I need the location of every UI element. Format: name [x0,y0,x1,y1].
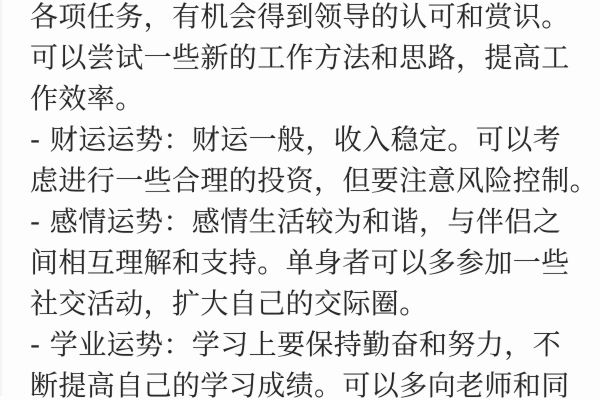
text-line: 作效率。 [30,78,584,119]
document-page: 各项任务，有机会得到领导的认可和赏识。 可以尝试一些新的工作方法和思路，提高工 … [0,0,600,396]
text-line: 间相互理解和支持。单身者可以多参加一些 [30,242,584,283]
text-line: - 学业运势：学习上要保持勤奋和努力，不 [30,324,584,365]
document-text: 各项任务，有机会得到领导的认可和赏识。 可以尝试一些新的工作方法和思路，提高工 … [0,0,600,400]
text-line: 可以尝试一些新的工作方法和思路，提高工 [30,37,584,78]
text-line: 各项任务，有机会得到领导的认可和赏识。 [30,0,584,37]
text-line: 社交活动，扩大自己的交际圈。 [30,283,584,324]
text-line: 虑进行一些合理的投资，但要注意风险控制。 [30,160,584,201]
text-line: 断提高自己的学习成绩。可以多向老师和同 [30,365,584,400]
text-line: - 财运运势：财运一般，收入稳定。可以考 [30,119,584,160]
text-line: - 感情运势：感情生活较为和谐，与伴侣之 [30,201,584,242]
